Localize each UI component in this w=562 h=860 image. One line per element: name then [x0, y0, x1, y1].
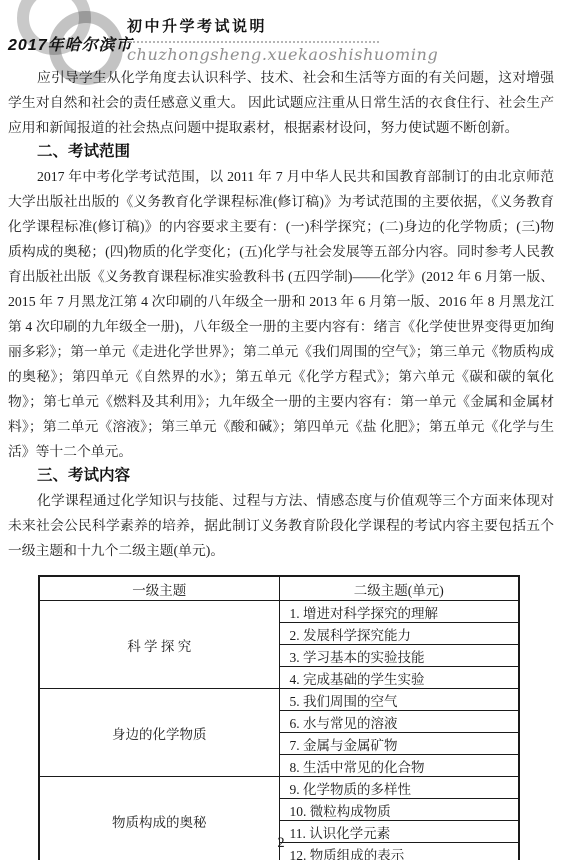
table-row: 身边的化学物质 5. 我们周围的空气 [39, 689, 519, 711]
content-paragraph: 化学课程通过化学知识与技能、过程与方法、情感态度与价值观等三个方面来体现对未来社… [8, 488, 554, 563]
dotted-divider [126, 41, 379, 43]
edition-brand: 2017年哈尔滨市 [8, 32, 133, 55]
section-heading-scope: 二、考试范围 [8, 140, 554, 164]
page-number: 2 [0, 835, 562, 852]
unit-cell: 3. 学习基本的实验技能 [279, 645, 519, 667]
exam-themes-table: 一级主题 二级主题(单元) 科 学 探 究 1. 增进对科学探究的理解 2. 发… [38, 575, 520, 860]
unit-cell: 9. 化学物质的多样性 [279, 777, 519, 799]
page-title: 初中升学考试说明 [127, 15, 267, 36]
unit-cell: 6. 水与常见的溶液 [279, 711, 519, 733]
document-body: 应引导学生从化学角度去认识科学、技术、社会和生活等方面的有关问题，这对增强学生对… [8, 65, 554, 860]
section-heading-content: 三、考试内容 [8, 464, 554, 488]
unit-cell: 10. 微粒构成物质 [279, 799, 519, 821]
intro-paragraph: 应引导学生从化学角度去认识科学、技术、社会和生活等方面的有关问题，这对增强学生对… [8, 65, 554, 140]
unit-cell: 7. 金属与金属矿物 [279, 733, 519, 755]
column-header-secondary-theme: 二级主题(单元) [279, 576, 519, 601]
unit-cell: 4. 完成基础的学生实验 [279, 667, 519, 689]
theme-cell-nearby-substances: 身边的化学物质 [39, 689, 279, 777]
unit-cell: 5. 我们周围的空气 [279, 689, 519, 711]
table-header-row: 一级主题 二级主题(单元) [39, 576, 519, 601]
unit-cell: 1. 增进对科学探究的理解 [279, 601, 519, 623]
pinyin-subtitle: chuzhongsheng.xuekaoshishuoming [127, 45, 438, 64]
column-header-primary-theme: 一级主题 [39, 576, 279, 601]
document-page: 2017年哈尔滨市 初中升学考试说明 chuzhongsheng.xuekaos… [0, 0, 562, 860]
table-row: 物质构成的奥秘 9. 化学物质的多样性 [39, 777, 519, 799]
table-row: 科 学 探 究 1. 增进对科学探究的理解 [39, 601, 519, 623]
unit-cell: 8. 生活中常见的化合物 [279, 755, 519, 777]
scope-paragraph: 2017 年中考化学考试范围，以 2011 年 7 月中华人民共和国教育部制订的… [8, 164, 554, 464]
theme-cell-science-inquiry: 科 学 探 究 [39, 601, 279, 689]
unit-cell: 2. 发展科学探究能力 [279, 623, 519, 645]
